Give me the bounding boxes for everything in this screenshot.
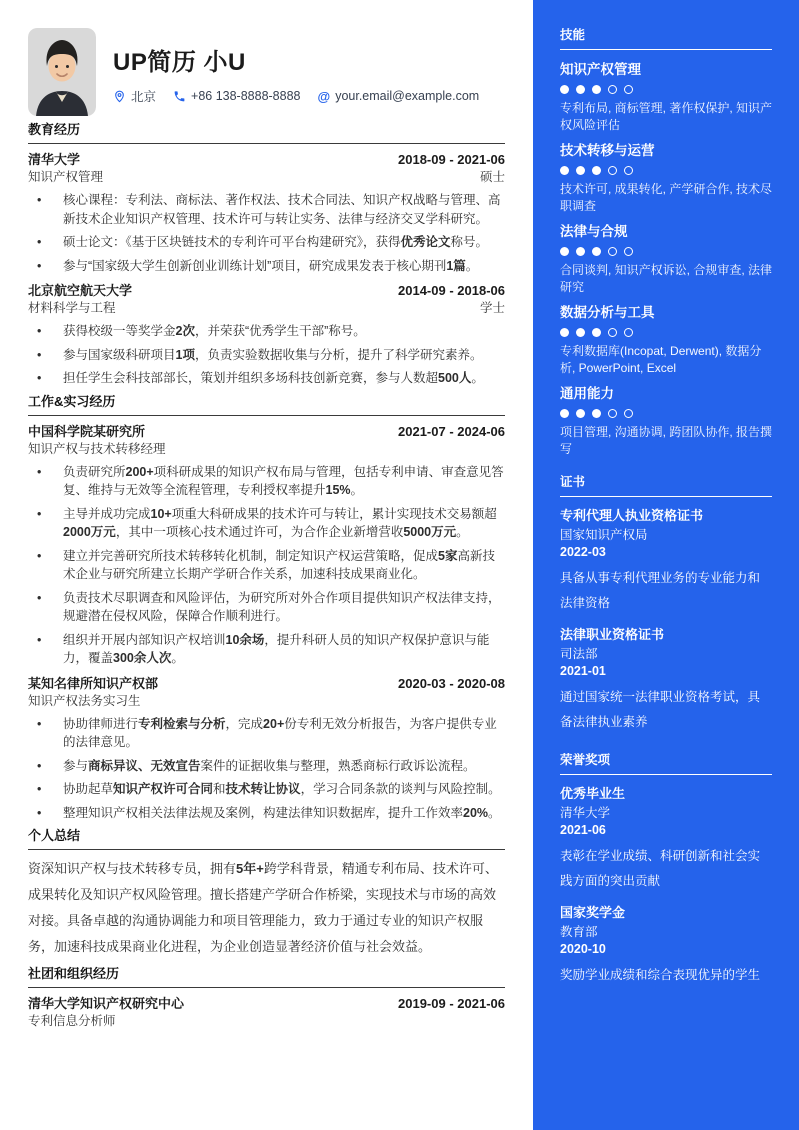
entry-subheader: 知识产权管理硕士 [28,169,505,185]
bullet-item: 硕士论文：《基于区块链技术的专利许可平台构建研究》，获得优秀论文称号。 [28,233,505,252]
text-segment: ，其中一项核心技术通过许可，为合作企业新增营收 [116,525,404,539]
credential-date: 2021-06 [560,822,772,839]
level-dot-filled [560,328,569,337]
level-dot-filled [560,247,569,256]
text-segment: 建立并完善研究所技术转移转化机制，制定知识产权运营策略，促成 [63,549,438,563]
skill-item: 数据分析与工具专利数据库(Incopat, Derwent), 数据分析, Po… [560,304,772,376]
text-segment: 10余场 [226,633,265,647]
level-dot-empty [624,85,633,94]
level-dot-filled [576,328,585,337]
text-segment: 负责研究所 [63,465,126,479]
skill-level-indicator [560,247,772,256]
skill-item: 法律与合规合同谈判, 知识产权诉讼, 合规审查, 法律研究 [560,223,772,295]
entry-header: 北京航空航天大学2014-09 - 2018-06 [28,283,505,299]
credential-name: 优秀毕业生 [560,786,772,802]
skill-keywords: 技术许可, 成果转化, 产学研合作, 技术尽职调查 [560,181,772,214]
text-segment: 1项 [176,348,195,362]
level-dot-empty [624,409,633,418]
level-dot-empty [624,328,633,337]
sidebar-section-skills: 技能知识产权管理专利布局, 商标管理, 著作权保护, 知识产权风险评估技术转移与… [560,28,772,457]
text-segment: 15% [326,483,351,497]
credential-issuer: 国家知识产权局 [560,526,772,544]
text-segment: 整理知识产权相关法律法规及案例，构建法律知识数据库，提升工作效率 [63,806,463,820]
level-dot-filled [576,409,585,418]
section-title: 社团和组织经历 [28,966,505,988]
bullet-text: 负责技术尽职调查和风险评估，为研究所对外合作项目提供知识产权法律支持，规避潜在侵… [63,589,505,626]
credential-name: 法律职业资格证书 [560,627,772,643]
skill-name: 数据分析与工具 [560,304,772,321]
entry-subheader: 材料科学与工程学士 [28,300,505,316]
bullet-text: 担任学生会科技部部长，策划并组织多场科技创新竞赛，参与人数超500人。 [63,369,505,388]
sidebar-section-title: 荣誉奖项 [560,753,772,775]
bullet-item: 核心课程：专利法、商标法、著作权法、技术合同法、知识产权战略与管理、高新技术企业… [28,191,505,228]
bullet-item: 参与国家级科研项目1项，负责实验数据收集与分析，提升了科学研究素养。 [28,346,505,365]
skill-item: 通用能力项目管理, 沟通协调, 跨团队协作, 报告撰写 [560,385,772,457]
sidebar-section-certificates: 证书专利代理人执业资格证书国家知识产权局2022-03具备从事专利代理业务的专业… [560,475,772,735]
header-info: UP简历 小U 北京+86 138-8888-8888@your.email@e… [113,28,479,116]
level-dot-filled [592,85,601,94]
credential-description: 通过国家统一法律职业资格考试，具备法律执业素养 [560,685,772,735]
bullet-item: 协助律师进行专利检索与分析，完成20+份专利无效分析报告，为客户提供专业的法律意… [28,715,505,752]
entry-degree: 学士 [480,300,505,316]
bullet-item: 获得校级一等奖学金2次，并荣获“优秀学生干部”称号。 [28,322,505,341]
text-segment: 资深知识产权与技术转移专员，拥有 [28,861,236,876]
entry-org: 清华大学知识产权研究中心 [28,996,184,1012]
entry-header: 清华大学2018-09 - 2021-06 [28,152,505,168]
text-segment: 担任学生会科技部部长，策划并组织多场科技创新竞赛，参与人数超 [63,371,438,385]
entry-role: 知识产权与技术转移经理 [28,441,166,457]
bullet-text: 组织并开展内部知识产权培训10余场，提升科研人员的知识产权保护意识与能力，覆盖3… [63,631,505,668]
main-sections: 教育经历清华大学2018-09 - 2021-06知识产权管理硕士核心课程：专利… [28,122,505,1029]
text-segment: ，完成 [226,717,264,731]
text-segment: 300余人次 [113,651,171,665]
text-segment: 获得校级一等奖学金 [63,324,176,338]
text-segment: 500人 [438,371,471,385]
text-segment: 1篇 [446,259,465,273]
credential-description: 具备从事专利代理业务的专业能力和法律资格 [560,566,772,616]
skill-name: 通用能力 [560,385,772,402]
entry: 某知名律所知识产权部2020-03 - 2020-08知识产权法务实习生协助律师… [28,676,505,823]
text-segment: 。 [171,651,184,665]
sidebar-section-honors: 荣誉奖项优秀毕业生清华大学2021-06表彰在学业成绩、科研创新和社会实践方面的… [560,753,772,988]
contact-item: @your.email@example.com [318,89,480,103]
skill-level-indicator [560,409,772,418]
skill-name: 知识产权管理 [560,61,772,78]
entry: 北京航空航天大学2014-09 - 2018-06材料科学与工程学士获得校级一等… [28,283,505,388]
level-dot-filled [592,166,601,175]
bullet-item: 整理知识产权相关法律法规及案例，构建法律知识数据库，提升工作效率20%。 [28,804,505,823]
text-segment: 商标异议、无效宣告 [88,759,201,773]
entry-header: 某知名律所知识产权部2020-03 - 2020-08 [28,676,505,692]
credential-item: 专利代理人执业资格证书国家知识产权局2022-03具备从事专利代理业务的专业能力… [560,508,772,616]
level-dot-filled [592,247,601,256]
skill-keywords: 合同谈判, 知识产权诉讼, 合规审查, 法律研究 [560,262,772,295]
resume-sidebar: 技能知识产权管理专利布局, 商标管理, 著作权保护, 知识产权风险评估技术转移与… [533,0,799,1130]
text-segment: 协助起草 [63,782,113,796]
bullet-text: 获得校级一等奖学金2次，并荣获“优秀学生干部”称号。 [63,322,505,341]
credential-item: 国家奖学金教育部2020-10奖励学业成绩和综合表现优异的学生 [560,905,772,988]
level-dot-empty [624,166,633,175]
credential-date: 2022-03 [560,544,772,561]
text-segment: 。 [466,259,479,273]
entry-date: 2014-09 - 2018-06 [398,283,505,299]
text-segment: 参与“国家级大学生创新创业训练计划”项目，研究成果发表于核心期刊 [63,259,446,273]
entry-subheader: 专利信息分析师 [28,1013,505,1029]
entry-role: 知识产权法务实习生 [28,693,141,709]
section-title: 教育经历 [28,122,505,144]
skill-name: 技术转移与运营 [560,142,772,159]
text-segment: 。 [488,806,501,820]
contact-item: 北京 [113,87,156,105]
entry: 清华大学知识产权研究中心2019-09 - 2021-06专利信息分析师 [28,996,505,1029]
text-segment: 技术转让协议 [226,782,301,796]
bullet-item: 负责技术尽职调查和风险评估，为研究所对外合作项目提供知识产权法律支持，规避潜在侵… [28,589,505,626]
sidebar-section-title: 技能 [560,28,772,50]
skill-name: 法律与合规 [560,223,772,240]
phone-icon [173,90,186,103]
bullet-item: 负责研究所200+项科研成果的知识产权布局与管理，包括专利申请、审查意见答复、维… [28,463,505,500]
credential-description: 奖励学业成绩和综合表现优异的学生 [560,963,772,988]
entry-subheader: 知识产权与技术转移经理 [28,441,505,457]
bullet-list: 获得校级一等奖学金2次，并荣获“优秀学生干部”称号。参与国家级科研项目1项，负责… [28,322,505,388]
text-segment: 200+ [126,465,154,479]
bullet-text: 建立并完善研究所技术转移转化机制，制定知识产权运营策略，促成5家高新技术企业与研… [63,547,505,584]
level-dot-empty [608,166,617,175]
text-segment: 知识产权许可合同 [113,782,213,796]
credential-name: 国家奖学金 [560,905,772,921]
bullet-text: 参与国家级科研项目1项，负责实验数据收集与分析，提升了科学研究素养。 [63,346,505,365]
text-segment: 协助律师进行 [63,717,138,731]
section-title: 个人总结 [28,828,505,850]
text-segment: 组织并开展内部知识产权培训 [63,633,226,647]
candidate-name: UP简历 小U [113,42,479,77]
profile-photo-illustration [28,28,96,116]
credential-issuer: 清华大学 [560,804,772,822]
skill-item: 知识产权管理专利布局, 商标管理, 著作权保护, 知识产权风险评估 [560,61,772,133]
bullet-text: 参与商标异议、无效宣告案件的证据收集与整理，熟悉商标行政诉讼流程。 [63,757,505,776]
entry-role: 知识产权管理 [28,169,103,185]
entry-org: 中国科学院某研究所 [28,424,145,440]
entry-date: 2020-03 - 2020-08 [398,676,505,692]
text-segment: ，并荣获“优秀学生干部”称号。 [195,324,366,338]
text-segment: 5000万元 [403,525,456,539]
profile-photo [28,28,96,116]
resume-main-column: UP简历 小U 北京+86 138-8888-8888@your.email@e… [0,0,533,1130]
bullet-item: 参与“国家级大学生创新创业训练计划”项目，研究成果发表于核心期刊1篇。 [28,257,505,276]
level-dot-empty [608,85,617,94]
text-segment: 参与国家级科研项目 [63,348,176,362]
bullet-list: 核心课程：专利法、商标法、著作权法、技术合同法、知识产权战略与管理、高新技术企业… [28,191,505,275]
section-title: 工作&实习经历 [28,394,505,416]
credential-name: 专利代理人执业资格证书 [560,508,772,524]
entry: 清华大学2018-09 - 2021-06知识产权管理硕士核心课程：专利法、商标… [28,152,505,275]
entry-header: 中国科学院某研究所2021-07 - 2024-06 [28,424,505,440]
text-segment: 5家 [438,549,457,563]
credential-item: 法律职业资格证书司法部2021-01通过国家统一法律职业资格考试，具备法律执业素… [560,627,772,735]
level-dot-empty [624,247,633,256]
credential-date: 2021-01 [560,663,772,680]
level-dot-filled [592,409,601,418]
bullet-text: 核心课程：专利法、商标法、著作权法、技术合同法、知识产权战略与管理、高新技术企业… [63,191,505,228]
entry-org: 某知名律所知识产权部 [28,676,158,692]
text-segment: 专利检索与分析 [138,717,226,731]
bullet-list: 负责研究所200+项科研成果的知识产权布局与管理，包括专利申请、审查意见答复、维… [28,463,505,668]
text-segment: 。 [456,525,469,539]
entry-date: 2018-09 - 2021-06 [398,152,505,168]
entry-header: 清华大学知识产权研究中心2019-09 - 2021-06 [28,996,505,1012]
entry-degree: 硕士 [480,169,505,185]
level-dot-filled [560,166,569,175]
section-experience: 工作&实习经历中国科学院某研究所2021-07 - 2024-06知识产权与技术… [28,394,505,823]
bullet-item: 担任学生会科技部部长，策划并组织多场科技创新竞赛，参与人数超500人。 [28,369,505,388]
summary-paragraph: 资深知识产权与技术转移专员，拥有5年+跨学科背景，精通专利布局、技术许可、成果转… [28,856,505,960]
text-segment: 。 [471,371,484,385]
bullet-text: 协助律师进行专利检索与分析，完成20+份专利无效分析报告，为客户提供专业的法律意… [63,715,505,752]
level-dot-empty [608,247,617,256]
entry-org: 北京航空航天大学 [28,283,132,299]
level-dot-filled [576,166,585,175]
entry-date: 2019-09 - 2021-06 [398,996,505,1012]
text-segment: ，学习合同条款的谈判与风险控制。 [301,782,501,796]
credential-issuer: 教育部 [560,923,772,941]
bullet-text: 主导并成功完成10+项重大科研成果的技术许可与转让，累计实现技术交易额超2000… [63,505,505,542]
section-organizations: 社团和组织经历清华大学知识产权研究中心2019-09 - 2021-06专利信息… [28,966,505,1029]
section-summary: 个人总结资深知识产权与技术转移专员，拥有5年+跨学科背景，精通专利布局、技术许可… [28,828,505,960]
text-segment: 。 [351,483,364,497]
skill-keywords: 项目管理, 沟通协调, 跨团队协作, 报告撰写 [560,424,772,457]
skill-level-indicator [560,85,772,94]
bullet-item: 主导并成功完成10+项重大科研成果的技术许可与转让，累计实现技术交易额超2000… [28,505,505,542]
text-segment: 2000万元 [63,525,116,539]
bullet-item: 协助起草知识产权许可合同和技术转让协议，学习合同条款的谈判与风险控制。 [28,780,505,799]
credential-date: 2020-10 [560,941,772,958]
text-segment: 2次 [176,324,195,338]
text-segment: 主导并成功完成 [63,507,151,521]
contact-text: 北京 [131,87,156,105]
level-dot-empty [608,409,617,418]
text-segment: 项重大科研成果的技术许可与转让，累计实现技术交易额超 [172,507,497,521]
text-segment: 5年+ [236,861,264,876]
contact-item: +86 138-8888-8888 [173,89,300,103]
level-dot-filled [560,85,569,94]
contact-text: your.email@example.com [335,89,479,103]
entry-role: 材料科学与工程 [28,300,116,316]
skill-level-indicator [560,166,772,175]
email-icon: @ [318,90,331,103]
skill-level-indicator [560,328,772,337]
text-segment: 10+ [151,507,172,521]
section-education: 教育经历清华大学2018-09 - 2021-06知识产权管理硕士核心课程：专利… [28,122,505,388]
text-segment: 案件的证据收集与整理，熟悉商标行政诉讼流程。 [201,759,476,773]
resume-page: UP简历 小U 北京+86 138-8888-8888@your.email@e… [0,0,799,1130]
credential-item: 优秀毕业生清华大学2021-06表彰在学业成绩、科研创新和社会实践方面的突出贡献 [560,786,772,894]
text-segment: ，负责实验数据收集与分析，提升了科学研究素养。 [195,348,483,362]
credential-issuer: 司法部 [560,645,772,663]
bullet-text: 负责研究所200+项科研成果的知识产权布局与管理，包括专利申请、审查意见答复、维… [63,463,505,500]
text-segment: 硕士论文：《基于区块链技术的专利许可平台构建研究》，获得 [63,235,401,249]
entry: 中国科学院某研究所2021-07 - 2024-06知识产权与技术转移经理负责研… [28,424,505,668]
text-segment: 负责技术尽职调查和风险评估，为研究所对外合作项目提供知识产权法律支持，规避潜在侵… [63,591,501,624]
bullet-text: 协助起草知识产权许可合同和技术转让协议，学习合同条款的谈判与风险控制。 [63,780,505,799]
contact-row: 北京+86 138-8888-8888@your.email@example.c… [113,87,479,105]
text-segment: 优秀论文 [401,235,451,249]
level-dot-filled [560,409,569,418]
text-segment: 称号。 [451,235,489,249]
entry-role: 专利信息分析师 [28,1013,116,1029]
location-icon [113,90,126,103]
text-segment: 20+ [263,717,284,731]
bullet-list: 协助律师进行专利检索与分析，完成20+份专利无效分析报告，为客户提供专业的法律意… [28,715,505,823]
bullet-item: 建立并完善研究所技术转移转化机制，制定知识产权运营策略，促成5家高新技术企业与研… [28,547,505,584]
credential-description: 表彰在学业成绩、科研创新和社会实践方面的突出贡献 [560,844,772,894]
entry-org: 清华大学 [28,152,80,168]
level-dot-filled [576,247,585,256]
entry-date: 2021-07 - 2024-06 [398,424,505,440]
sidebar-sections: 技能知识产权管理专利布局, 商标管理, 著作权保护, 知识产权风险评估技术转移与… [560,28,772,988]
skill-keywords: 专利数据库(Incopat, Derwent), 数据分析, PowerPoin… [560,343,772,376]
level-dot-empty [608,328,617,337]
skill-keywords: 专利布局, 商标管理, 著作权保护, 知识产权风险评估 [560,100,772,133]
bullet-text: 硕士论文：《基于区块链技术的专利许可平台构建研究》，获得优秀论文称号。 [63,233,505,252]
level-dot-filled [592,328,601,337]
text-segment: 和 [213,782,226,796]
text-segment: 20% [463,806,488,820]
bullet-text: 整理知识产权相关法律法规及案例，构建法律知识数据库，提升工作效率20%。 [63,804,505,823]
resume-header: UP简历 小U 北京+86 138-8888-8888@your.email@e… [28,28,505,116]
bullet-item: 组织并开展内部知识产权培训10余场，提升科研人员的知识产权保护意识与能力，覆盖3… [28,631,505,668]
contact-text: +86 138-8888-8888 [191,89,300,103]
level-dot-filled [576,85,585,94]
text-segment: 参与 [63,759,88,773]
sidebar-section-title: 证书 [560,475,772,497]
bullet-text: 参与“国家级大学生创新创业训练计划”项目，研究成果发表于核心期刊1篇。 [63,257,505,276]
skill-item: 技术转移与运营技术许可, 成果转化, 产学研合作, 技术尽职调查 [560,142,772,214]
entry-subheader: 知识产权法务实习生 [28,693,505,709]
text-segment: 核心课程：专利法、商标法、著作权法、技术合同法、知识产权战略与管理、高新技术企业… [63,193,501,226]
bullet-item: 参与商标异议、无效宣告案件的证据收集与整理，熟悉商标行政诉讼流程。 [28,757,505,776]
